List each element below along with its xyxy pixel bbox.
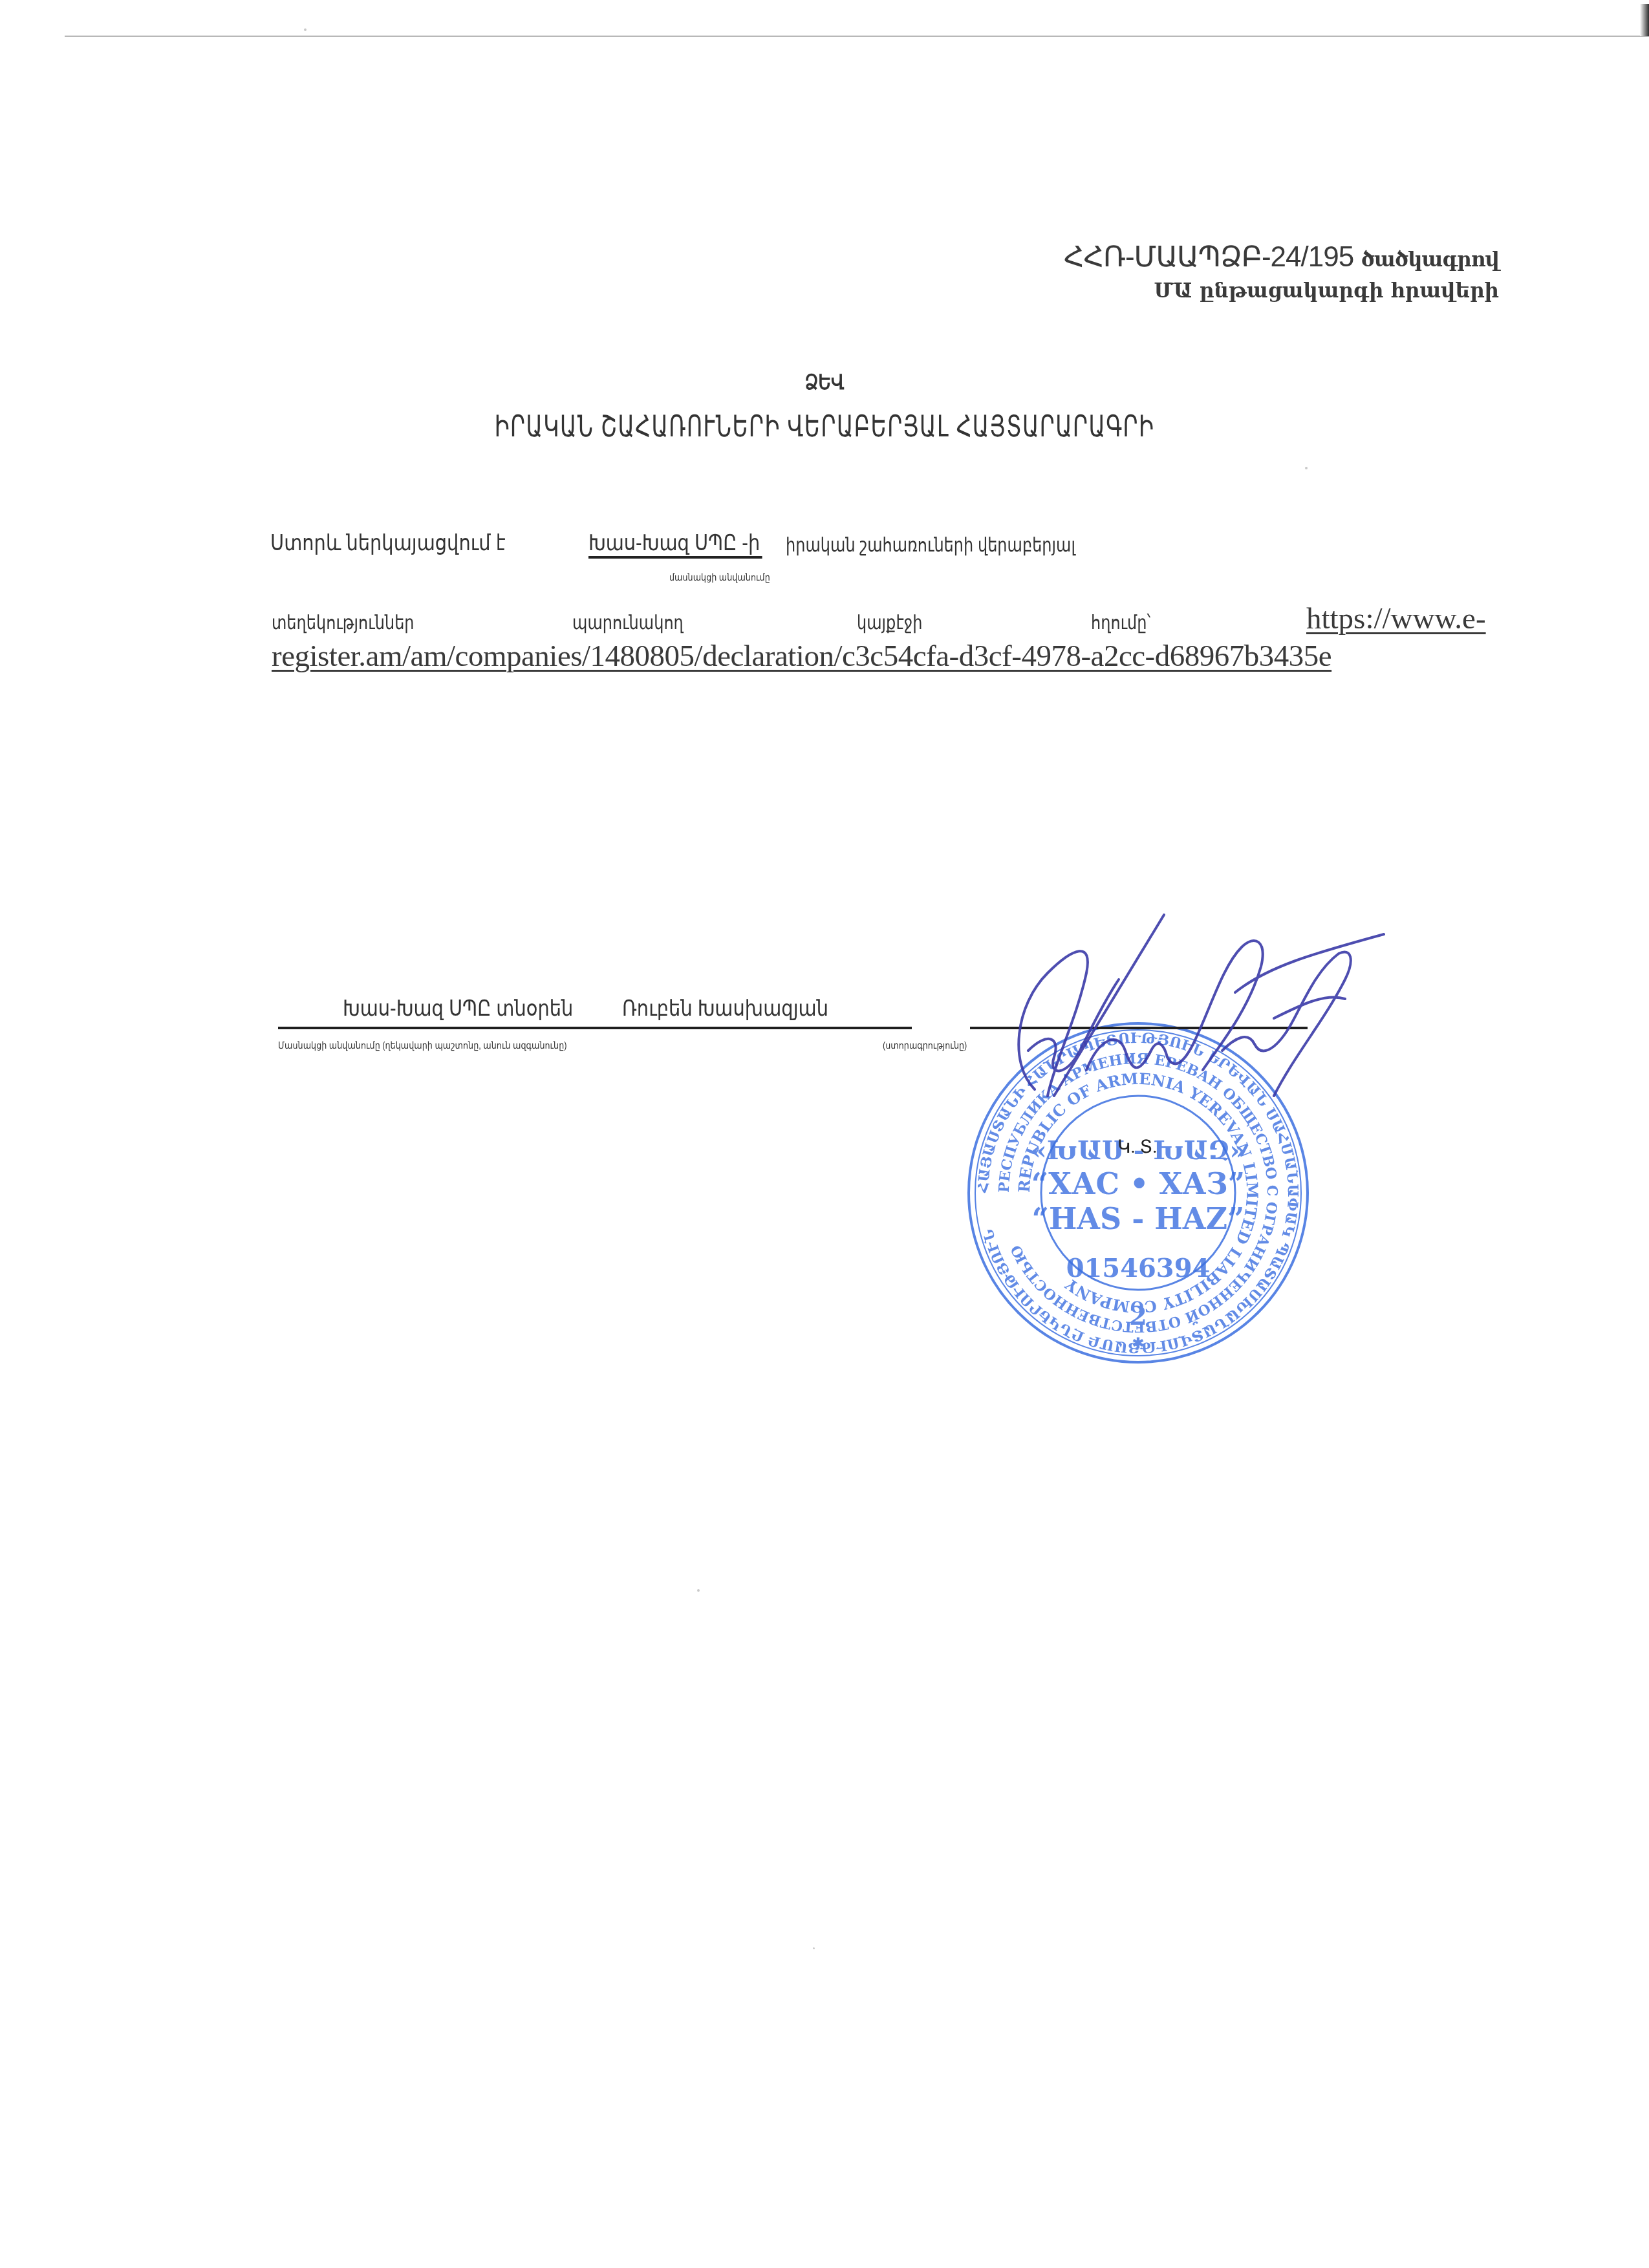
signature-caption: (ստորագրությունը) [883, 1040, 967, 1051]
svg-text:2: 2 [1129, 1301, 1147, 1331]
document-title: ԻՐԱԿԱՆ ՇԱՀԱՌՈՒՆԵՐԻ ՎԵՐԱԲԵՐՅԱԼ ՀԱՅՏԱՐԱՐԱԳ… [231, 409, 1418, 444]
reference-code-suffix: ծածկագրով [1361, 248, 1499, 272]
seal-placeholder-mark: Կ. Տ. [1117, 1136, 1157, 1158]
name-underline [278, 1027, 912, 1029]
info-word: կայքէջի [857, 612, 922, 634]
scan-speck [697, 1589, 700, 1592]
svg-text:“ХАС • ХАЗ”: “ХАС • ХАЗ” [1031, 1166, 1245, 1201]
intro-rest-text: իրական շահառուների վերաբերյալ [786, 534, 1075, 557]
reference-code-value: ՀՀՌ-ՄԱԱՊՁԲ-24/195 [1064, 241, 1353, 273]
scan-edge-line [65, 36, 1649, 37]
svg-text:01546394: 01546394 [1066, 1253, 1211, 1283]
svg-text:✱: ✱ [1132, 1335, 1144, 1352]
participant-caption: մասնակցի անվանումը [669, 572, 770, 583]
svg-text:“HAS - HAZ”: “HAS - HAZ” [1031, 1201, 1244, 1236]
signatory-position: Խաս-Խազ ՍՊԸ տնօրեն [343, 996, 573, 1022]
scan-speck [1305, 467, 1308, 469]
scan-speck [813, 1947, 815, 1949]
participant-name: Խաս-Խազ ՍՊԸ -ի [588, 530, 762, 559]
info-word: տեղեկություններ [272, 612, 415, 634]
handwritten-signature [989, 902, 1390, 1115]
intro-text: Ստորև ներկայացվում է [270, 530, 506, 556]
signatory-name: Ռուբեն Խասխազյան [622, 996, 828, 1022]
declaration-link-part1[interactable]: https://www.e- [1306, 601, 1486, 636]
name-caption: Մասնակցի անվանումը (ղեկավարի պաշտոնը, ան… [278, 1040, 567, 1051]
reference-code: ՀՀՌ-ՄԱԱՊՁԲ-24/195 ծածկագրով [1064, 241, 1499, 273]
scan-speck [304, 28, 307, 31]
declaration-link-part2[interactable]: register.am/am/companies/1480805/declara… [272, 639, 1331, 674]
info-word: հղումը՝ [1091, 612, 1150, 634]
info-word: պարունակող [572, 612, 684, 634]
form-label: ՁԵՎ [124, 370, 1525, 394]
reference-subline: ՄԱ ընթացակարգի հրավերի [1154, 279, 1499, 303]
scan-edge-mark [1640, 4, 1649, 36]
